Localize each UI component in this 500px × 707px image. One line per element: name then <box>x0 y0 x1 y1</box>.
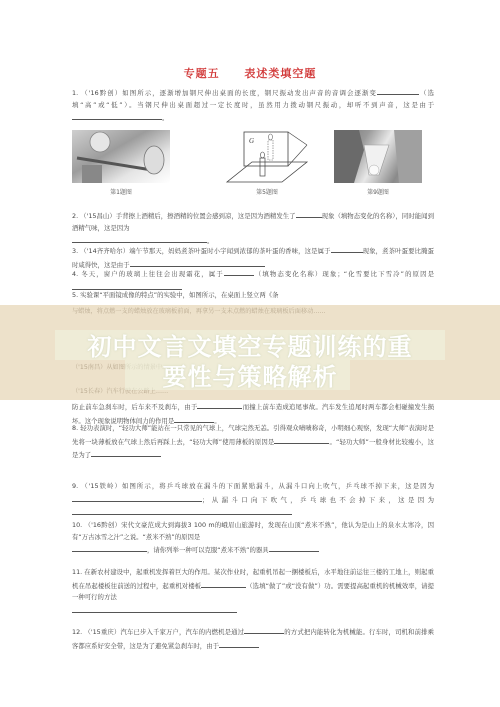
answer-blank[interactable] <box>72 543 147 552</box>
figure-9: 第9题图 <box>334 130 422 196</box>
answer-blank[interactable] <box>244 625 284 634</box>
page-title: 专题五 表述类填空题 <box>0 65 500 81</box>
answer-blank[interactable] <box>269 543 319 552</box>
title-topic-number: 专题五 <box>184 67 220 80</box>
mirror-diagram: G <box>222 130 312 183</box>
question-8: 8. 轻功表演时，“轻功大师”能站在一只常见的气球上，气球完然无恙。引得观众啧啧… <box>72 423 434 462</box>
figure-1-caption: 第1题图 <box>72 187 170 196</box>
answer-blank[interactable] <box>274 435 329 444</box>
question-11: 11. 在新农村建设中，起重机发挥着巨大的作用。某次作业时，起重机吊起一捆楼板后… <box>72 567 434 617</box>
answer-blank[interactable] <box>224 267 254 276</box>
question-10: 10. （'16黔创）宋代文豪范成大到海拔3 100 m的峨眉山旅游时，发现在山… <box>72 520 434 557</box>
answer-blank[interactable] <box>331 244 363 253</box>
document-page: 专题五 表述类填空题 1. （'16黔创）如图所示，逐渐增加钢尺伸出桌面的长度，… <box>0 0 500 707</box>
answer-blank[interactable] <box>72 506 292 515</box>
answer-blank[interactable] <box>72 111 162 120</box>
question-2: 2. （'15昌山）手背擦上酒精后，擦酒精的位置会感到凉，这是因为酒精发生了现象… <box>72 209 434 248</box>
answer-blank[interactable] <box>174 414 214 423</box>
answer-blank[interactable] <box>219 639 259 648</box>
obscured-question-5-text: 与蜡烛，将点燃一支的蜡烛放在玻璃板前面，再拿另一支未点燃的蜡烛在玻璃板后面移动…… <box>72 306 428 317</box>
answer-blank[interactable] <box>72 281 182 290</box>
question-1: 1. （'16黔创）如图所示，逐渐增加钢尺伸出桌面的长度，钢尺振动发出声音的音调… <box>72 86 434 125</box>
answer-blank[interactable] <box>377 86 419 95</box>
question-9: 9. （'15铁岭）如图所示，将乒乓球放在漏斗的下面紧贴漏斗，从漏斗口向上吹气，… <box>72 481 434 520</box>
answer-blank[interactable] <box>197 400 242 409</box>
title-topic-name: 表述类填空题 <box>244 67 316 80</box>
answer-blank[interactable] <box>72 234 207 243</box>
question-12: 12. （'15重庆）汽车已步入千家万户，汽车的内燃机是通过的方式把内能转化为机… <box>72 625 434 652</box>
plane-mirror-candle-diagram-icon: G <box>222 130 312 183</box>
answer-blank[interactable] <box>72 604 237 613</box>
figure-5-caption: 第5题图 <box>222 187 312 196</box>
svg-text:G: G <box>249 137 254 145</box>
funnel-ball-photo <box>334 130 422 183</box>
banner-title-line2: 要性与策略解析 <box>0 357 500 392</box>
answer-blank[interactable] <box>130 258 265 267</box>
ruler-photo <box>72 130 170 183</box>
answer-blank[interactable] <box>91 448 161 457</box>
answer-blank[interactable] <box>296 209 322 218</box>
answer-blank[interactable] <box>201 579 246 588</box>
ruler-illustration-icon <box>72 130 170 183</box>
answer-blank[interactable] <box>72 493 202 502</box>
figure-5: G 第5题图 <box>222 130 312 196</box>
question-5: 5. 实验课“平面镜成像的特点”的实验中，如图所示，在桌面上竖立两《条 <box>72 290 434 302</box>
funnel-photo-illustration-icon <box>334 130 422 183</box>
figures-row: 第1题图 G 第5题图 <box>72 130 442 200</box>
figure-1: 第1题图 <box>72 130 170 196</box>
figure-9-caption: 第9题图 <box>334 187 422 196</box>
